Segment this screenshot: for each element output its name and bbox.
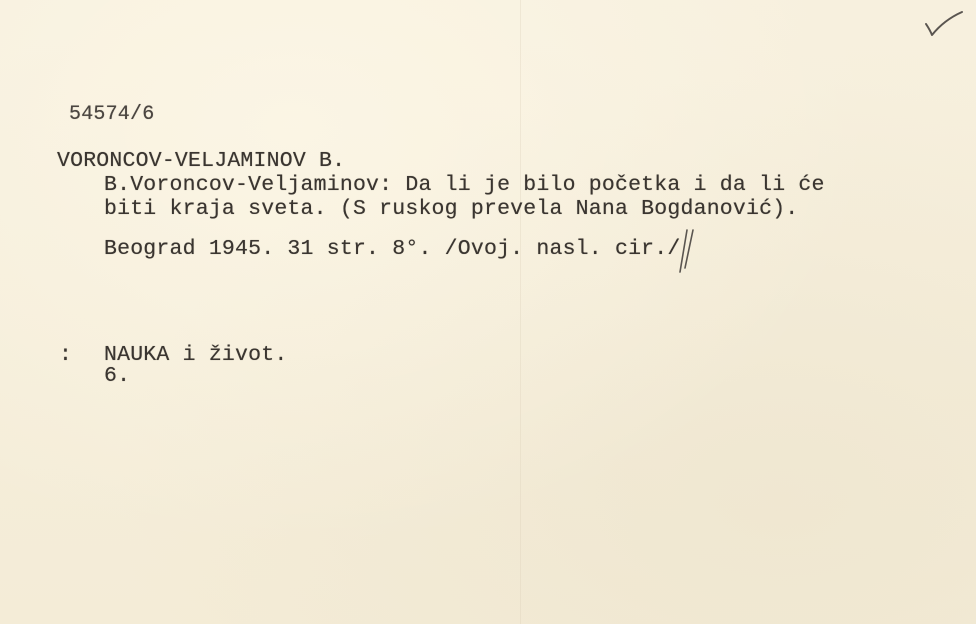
title-line-2: biti kraja sveta. (S ruskog prevela Nana… [104,197,798,221]
catalog-card: 54574/6 VORONCOV-VELJAMINOV B. B.Voronco… [0,0,976,624]
author-heading: VORONCOV-VELJAMINOV B. [57,149,345,173]
series-marker: : [59,343,72,367]
paper-crease [520,0,521,624]
imprint-line: Beograd 1945. 31 str. 8°. /Ovoj. nasl. c… [104,237,681,261]
call-number: 54574/6 [69,103,154,127]
check-mark-icon [922,8,966,38]
series-title: NAUKA i život. [104,343,287,367]
double-slash-mark [676,228,698,274]
series-number: 6. [104,364,130,388]
title-line-1: B.Voroncov-Veljaminov: Da li je bilo poč… [104,173,825,197]
